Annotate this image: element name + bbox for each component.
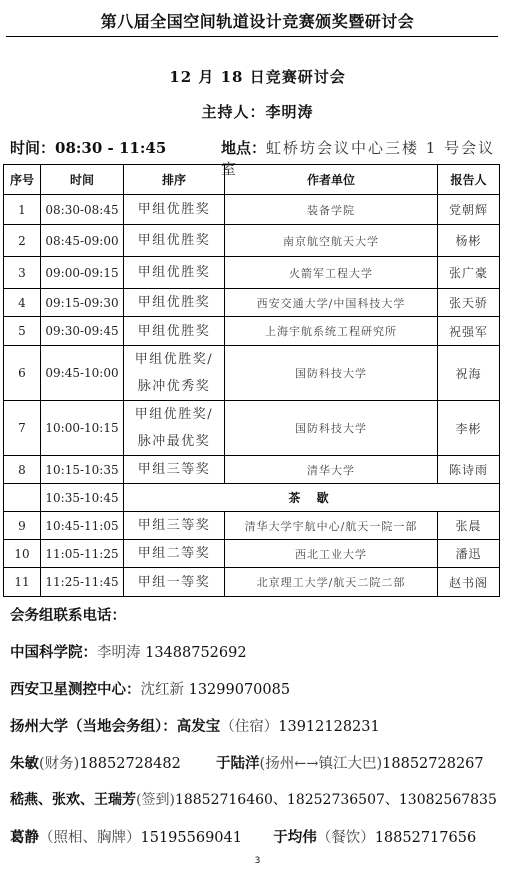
header-time: 时间 bbox=[41, 165, 124, 195]
cell-org: 火箭军工程大学 bbox=[225, 257, 438, 289]
page-number: 3 bbox=[0, 856, 515, 866]
category-line-2: 脉冲最优奖 bbox=[124, 428, 224, 455]
contact-role: (签到) bbox=[136, 792, 175, 808]
contact-names: 嵇燕、张欢、王瑞芳 bbox=[10, 792, 136, 808]
cell-org: 清华大学宇航中心/航天一院一部 bbox=[225, 512, 438, 540]
cell-reporter: 赵书阁 bbox=[438, 568, 500, 597]
cell-time: 11:05-11:25 bbox=[41, 540, 124, 568]
contact-name: 沈红新 bbox=[141, 682, 185, 698]
cell-org: 南京航空航天大学 bbox=[225, 225, 438, 257]
cell-category: 甲组三等奖 bbox=[124, 512, 225, 540]
cell-time: 08:30-08:45 bbox=[41, 195, 124, 225]
time-info: 时间：08:30 - 11:45 bbox=[10, 137, 166, 158]
header-category: 排序 bbox=[124, 165, 225, 195]
time-label: 时间： bbox=[10, 139, 55, 157]
contact-phone: 13299070085 bbox=[189, 682, 290, 698]
contact-line-photo-catering: 葛静（照相、胸牌）15195569041 于均伟（餐饮）18852717656 bbox=[10, 826, 476, 847]
cell-seq: 11 bbox=[4, 568, 41, 597]
cell-category: 甲组优胜奖 bbox=[124, 195, 225, 225]
contact-role: （照相、胸牌） bbox=[39, 830, 141, 846]
cell-seq: 7 bbox=[4, 401, 41, 456]
contact-name: 高发宝 bbox=[177, 718, 221, 735]
cell-time: 09:00-09:15 bbox=[41, 257, 124, 289]
cell-org: 国防科技大学 bbox=[225, 346, 438, 401]
document-title: 第八届全国空间轨道设计竞赛颁奖暨研讨会 bbox=[0, 9, 515, 32]
contact-phone: 13488752692 bbox=[145, 645, 246, 661]
cell-reporter: 祝海 bbox=[438, 346, 500, 401]
contact-name: 李明涛 bbox=[97, 645, 141, 661]
contact-phone: 18852717656 bbox=[375, 830, 476, 846]
time-value: 08:30 - 11:45 bbox=[55, 139, 166, 157]
table-row: 7 10:00-10:15 甲组优胜奖/ 脉冲最优奖 国防科技大学 李彬 bbox=[4, 401, 500, 456]
host-label: 主持人： bbox=[201, 103, 265, 121]
contact-name: 于陆洋 bbox=[216, 755, 260, 772]
session-title: 12 月 18 日竞赛研讨会 bbox=[0, 66, 515, 87]
cell-time: 09:15-09:30 bbox=[41, 289, 124, 317]
contact-line-xscc: 西安卫星测控中心：沈红新 13299070085 bbox=[10, 678, 290, 699]
contact-phone: 18852728267 bbox=[382, 756, 483, 772]
table-header-row: 序号 时间 排序 作者单位 报告人 bbox=[4, 165, 500, 195]
cell-time: 10:00-10:15 bbox=[41, 401, 124, 456]
cell-time: 08:45-09:00 bbox=[41, 225, 124, 257]
contact-phones: 18852716460、18252736507、13082567835 bbox=[175, 792, 497, 808]
host-line: 主持人：李明涛 bbox=[0, 101, 515, 122]
category-line-1: 甲组优胜奖/ bbox=[124, 401, 224, 428]
cell-seq: 4 bbox=[4, 289, 41, 317]
cell-time: 10:35-10:45 bbox=[41, 484, 124, 512]
category-line-1: 甲组优胜奖/ bbox=[124, 346, 224, 373]
host-name: 李明涛 bbox=[266, 103, 314, 121]
contact-org: 扬州大学（当地会务组）： bbox=[10, 718, 177, 735]
contact-phone: 15195569041 bbox=[141, 830, 242, 846]
table-row: 10 11:05-11:25 甲组二等奖 西北工业大学 潘迅 bbox=[4, 540, 500, 568]
cell-category: 甲组优胜奖/ 脉冲优秀奖 bbox=[124, 346, 225, 401]
cell-reporter: 杨彬 bbox=[438, 225, 500, 257]
cell-org: 北京理工大学/航天二院二部 bbox=[225, 568, 438, 597]
break-row: 10:35-10:45 茶 歇 bbox=[4, 484, 500, 512]
cell-category: 甲组二等奖 bbox=[124, 540, 225, 568]
cell-org: 清华大学 bbox=[225, 456, 438, 484]
cell-org: 西安交通大学/中国科技大学 bbox=[225, 289, 438, 317]
cell-time: 10:15-10:35 bbox=[41, 456, 124, 484]
table-row: 2 08:45-09:00 甲组优胜奖 南京航空航天大学 杨彬 bbox=[4, 225, 500, 257]
cell-reporter: 潘迅 bbox=[438, 540, 500, 568]
table-row: 4 09:15-09:30 甲组优胜奖 西安交通大学/中国科技大学 张天骄 bbox=[4, 289, 500, 317]
header-reporter: 报告人 bbox=[438, 165, 500, 195]
cell-org: 装备学院 bbox=[225, 195, 438, 225]
cell-seq: 9 bbox=[4, 512, 41, 540]
contact-name: 于均伟 bbox=[273, 829, 317, 846]
cell-reporter: 陈诗雨 bbox=[438, 456, 500, 484]
table-row: 3 09:00-09:15 甲组优胜奖 火箭军工程大学 张广豪 bbox=[4, 257, 500, 289]
cell-seq: 5 bbox=[4, 317, 41, 346]
schedule-table: 序号 时间 排序 作者单位 报告人 1 08:30-08:45 甲组优胜奖 装备… bbox=[3, 164, 500, 597]
header-seq: 序号 bbox=[4, 165, 41, 195]
table-row: 9 10:45-11:05 甲组三等奖 清华大学宇航中心/航天一院一部 张晨 bbox=[4, 512, 500, 540]
cell-org: 上海宇航系统工程研究所 bbox=[225, 317, 438, 346]
cell-time: 09:45-10:00 bbox=[41, 346, 124, 401]
cell-org: 西北工业大学 bbox=[225, 540, 438, 568]
cell-seq: 6 bbox=[4, 346, 41, 401]
cell-category: 甲组优胜奖 bbox=[124, 257, 225, 289]
cell-reporter: 张天骄 bbox=[438, 289, 500, 317]
category-line-2: 脉冲优秀奖 bbox=[124, 373, 224, 400]
contact-phone: 18852728482 bbox=[79, 756, 180, 772]
contact-line-finance-bus: 朱敏(财务)18852728482 于陆洋(扬州←→镇江大巴)188527282… bbox=[10, 752, 484, 773]
table-row: 11 11:25-11:45 甲组一等奖 北京理工大学/航天二院二部 赵书阁 bbox=[4, 568, 500, 597]
cell-category: 甲组优胜奖 bbox=[124, 317, 225, 346]
cell-seq: 1 bbox=[4, 195, 41, 225]
place-label: 地点： bbox=[221, 139, 266, 157]
title-divider bbox=[6, 36, 498, 37]
contact-role: （餐饮） bbox=[317, 830, 375, 846]
table-row: 6 09:45-10:00 甲组优胜奖/ 脉冲优秀奖 国防科技大学 祝海 bbox=[4, 346, 500, 401]
cell-reporter: 张广豪 bbox=[438, 257, 500, 289]
contact-line-yzu: 扬州大学（当地会务组）：高发宝（住宿）13912128231 bbox=[10, 715, 380, 736]
contact-phone: 13912128231 bbox=[278, 719, 379, 735]
cell-seq: 8 bbox=[4, 456, 41, 484]
cell-reporter: 祝强军 bbox=[438, 317, 500, 346]
contact-org: 西安卫星测控中心： bbox=[10, 681, 141, 698]
cell-reporter: 党朝辉 bbox=[438, 195, 500, 225]
cell-time: 09:30-09:45 bbox=[41, 317, 124, 346]
cell-category: 甲组优胜奖 bbox=[124, 225, 225, 257]
header-org: 作者单位 bbox=[225, 165, 438, 195]
contacts-heading: 会务组联系电话： bbox=[10, 604, 126, 625]
contact-role: (扬州←→镇江大巴) bbox=[260, 756, 383, 772]
tea-break-label: 茶 歇 bbox=[124, 484, 500, 512]
cell-seq: 2 bbox=[4, 225, 41, 257]
contact-role: （住宿） bbox=[220, 719, 278, 735]
contact-org: 中国科学院： bbox=[10, 644, 97, 661]
contact-line-cas: 中国科学院：李明涛 13488752692 bbox=[10, 641, 247, 662]
cell-seq: 10 bbox=[4, 540, 41, 568]
contact-line-signin: 嵇燕、张欢、王瑞芳(签到)18852716460、18252736507、130… bbox=[10, 789, 497, 809]
table-row: 1 08:30-08:45 甲组优胜奖 装备学院 党朝辉 bbox=[4, 195, 500, 225]
cell-category: 甲组三等奖 bbox=[124, 456, 225, 484]
contact-name: 朱敏 bbox=[10, 755, 39, 772]
cell-category: 甲组一等奖 bbox=[124, 568, 225, 597]
cell-org: 国防科技大学 bbox=[225, 401, 438, 456]
cell-reporter: 张晨 bbox=[438, 512, 500, 540]
cell-seq: 3 bbox=[4, 257, 41, 289]
cell-seq bbox=[4, 484, 41, 512]
cell-time: 10:45-11:05 bbox=[41, 512, 124, 540]
contact-role: (财务) bbox=[39, 756, 79, 772]
cell-category: 甲组优胜奖/ 脉冲最优奖 bbox=[124, 401, 225, 456]
table-row: 8 10:15-10:35 甲组三等奖 清华大学 陈诗雨 bbox=[4, 456, 500, 484]
cell-time: 11:25-11:45 bbox=[41, 568, 124, 597]
cell-category: 甲组优胜奖 bbox=[124, 289, 225, 317]
table-row: 5 09:30-09:45 甲组优胜奖 上海宇航系统工程研究所 祝强军 bbox=[4, 317, 500, 346]
cell-reporter: 李彬 bbox=[438, 401, 500, 456]
contact-name: 葛静 bbox=[10, 829, 39, 846]
